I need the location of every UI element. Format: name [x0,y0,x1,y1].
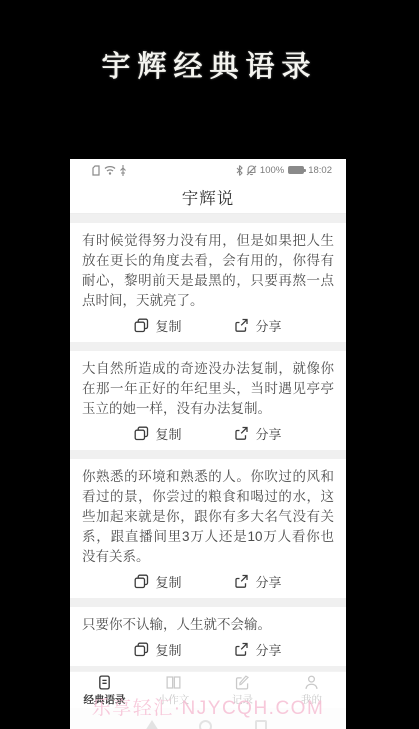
nav-recents-icon[interactable] [255,720,267,729]
share-button[interactable]: 分享 [234,572,281,591]
share-icon [234,318,249,333]
share-icon [234,426,249,441]
quote-actions: 复制 分享 [82,419,334,446]
share-button[interactable]: 分享 [234,424,281,443]
copy-button[interactable]: 复制 [134,316,181,335]
status-left-icons [92,165,126,176]
copy-icon [134,642,149,657]
share-icon [234,574,249,589]
status-bar: 100% 18:02 [70,159,346,181]
battery-icon [288,166,304,174]
tab-bar: 经典语录 小作文 记录 我的 [70,671,346,708]
tab-mine[interactable]: 我的 [277,672,346,708]
copy-button[interactable]: 复制 [134,572,181,591]
quote-card: 你熟悉的环境和熟悉的人。你吹过的风和看过的景，你尝过的粮食和喝过的水，这些加起来… [70,459,346,598]
status-time: 18:02 [308,165,332,176]
person-icon [303,674,320,691]
copy-icon [134,426,149,441]
share-button[interactable]: 分享 [234,316,281,335]
quote-text: 有时候觉得努力没有用，但是如果把人生放在更长的角度去看，会有用的，你得有耐心，黎… [82,231,334,311]
quote-actions: 复制 分享 [82,635,334,662]
nav-home-icon[interactable] [199,720,212,729]
share-button[interactable]: 分享 [234,640,281,659]
video-title: 宇辉经典语录 [0,44,419,85]
mute-bell-icon [246,165,257,176]
quote-card: 有时候觉得努力没有用，但是如果把人生放在更长的角度去看，会有用的，你得有耐心，黎… [70,223,346,342]
quote-card: 大自然所造成的奇迹没办法复制，就像你在那一年正好的年纪里头，当时遇见亭亭玉立的她… [70,351,346,450]
bluetooth-icon [236,165,243,176]
quote-list-icon [96,674,113,691]
tab-classic-quotes[interactable]: 经典语录 [70,672,139,708]
open-book-icon [165,674,182,691]
nav-back-icon[interactable] [145,720,159,729]
quote-text: 你熟悉的环境和熟悉的人。你吹过的风和看过的景，你尝过的粮食和喝过的水，这些加起来… [82,467,334,567]
quote-card: 只要你不认输，人生就不会输。 复制 分享 [70,607,346,666]
quote-text: 只要你不认输，人生就不会输。 [82,615,334,635]
android-nav-strip [70,708,346,729]
tab-records[interactable]: 记录 [208,672,277,708]
tab-essay[interactable]: 小作文 [139,672,208,708]
app-header-title: 宇辉说 [70,181,346,214]
quote-list: 有时候觉得努力没有用，但是如果把人生放在更长的角度去看，会有用的，你得有耐心，黎… [70,214,346,671]
battery-percent: 100% [260,165,284,176]
wifi-icon [104,165,116,175]
sim-card-icon [92,165,100,176]
compose-icon [234,674,251,691]
otg-icon [120,165,126,176]
status-right-icons: 100% 18:02 [236,165,332,176]
share-icon [234,642,249,657]
copy-button[interactable]: 复制 [134,640,181,659]
copy-button[interactable]: 复制 [134,424,181,443]
quote-actions: 复制 分享 [82,567,334,594]
copy-icon [134,318,149,333]
quote-actions: 复制 分享 [82,311,334,338]
copy-icon [134,574,149,589]
phone-screenshot: 100% 18:02 宇辉说 有时候觉得努力没有用，但是如果把人生放在更长的角度… [70,159,346,729]
quote-text: 大自然所造成的奇迹没办法复制，就像你在那一年正好的年纪里头，当时遇见亭亭玉立的她… [82,359,334,419]
